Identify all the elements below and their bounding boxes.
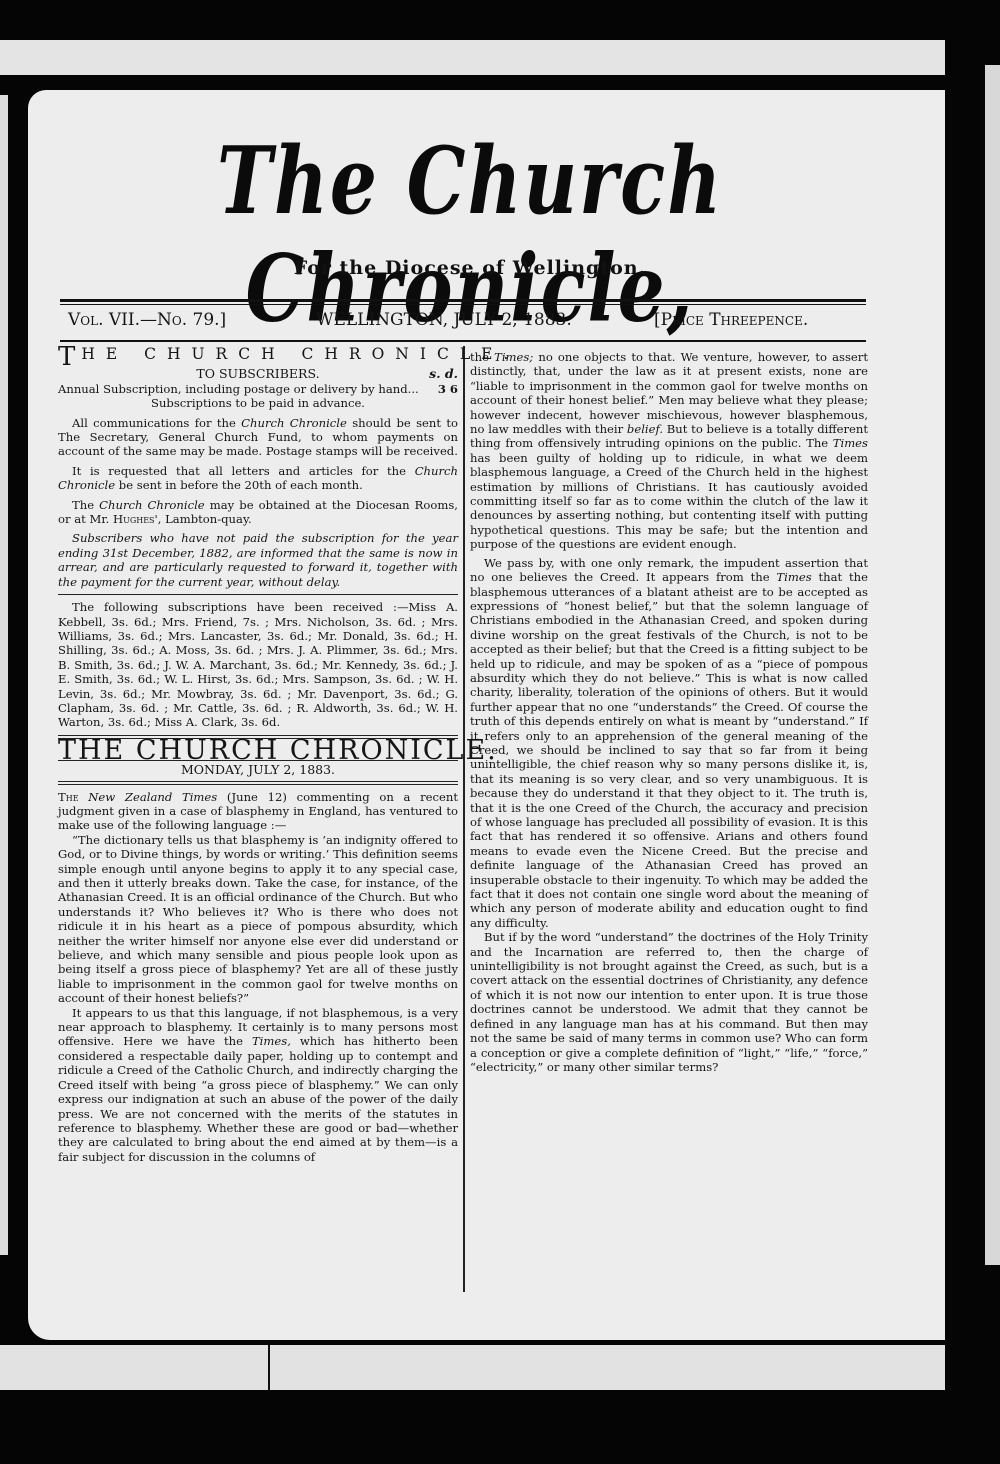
scan-border-bottom (0, 1345, 945, 1390)
divider (58, 594, 458, 595)
scan-next-page-edge (985, 65, 1000, 1265)
column-separator (463, 346, 465, 1292)
left-column: THE CHURCH CHRONICLE. TO SUBSCRIBERS. s.… (58, 347, 458, 1164)
issue-rule (60, 340, 866, 342)
subscriptions-received: The following subscriptions have been re… (58, 600, 458, 730)
masthead-subtitle: For the Diocese of Wellington. (200, 257, 740, 279)
advance-note: Subscriptions to be paid in advance. (58, 396, 458, 410)
editorial-paragraph-5: But if by the word “understand” the doct… (470, 930, 868, 1074)
currency-label: s. d. (429, 367, 458, 381)
annual-amount: 3 6 (438, 382, 458, 396)
editorial-quote: “The dictionary tells us that blasphemy … (58, 833, 458, 1006)
editorial-paragraph-1: The New Zealand Times (June 12) commenti… (58, 790, 458, 833)
subscribers-heading: TO SUBSCRIBERS. s. d. (58, 367, 458, 381)
editorial-paragraph-4: We pass by, with one only remark, the im… (470, 556, 868, 931)
letters-paragraph: It is requested that all letters and art… (58, 464, 458, 493)
divider (58, 781, 458, 785)
scan-previous-page-edge (0, 95, 8, 1255)
editorial-paragraph-2: It appears to us that this language, if … (58, 1006, 458, 1164)
masthead-rule-thin (60, 304, 866, 305)
communications-paragraph: All communications for the Church Chroni… (58, 416, 458, 459)
volume-number: Vol. VII.—No. 79.] (68, 310, 226, 330)
price: [Price Threepence. (654, 310, 808, 330)
editorial-paragraph-3: the Times; no one objects to that. We ve… (470, 350, 868, 552)
editorial-heading: THE CHURCH CHRONICLE. (58, 744, 458, 758)
arrears-paragraph: Subscribers who have not paid the subscr… (58, 531, 458, 589)
masthead-rule (60, 299, 866, 302)
place-date: WELLINGTON, JULY 2, 1883. (316, 310, 572, 330)
right-column: the Times; no one objects to that. We ve… (470, 350, 868, 1074)
scan-binding-shadow (945, 60, 985, 1360)
annual-subscription-row: Annual Subscription, including postage o… (58, 382, 458, 396)
obtain-paragraph: The Church Chronicle may be obtained at … (58, 498, 458, 527)
scan-border-top (0, 40, 945, 75)
issue-line: Vol. VII.—No. 79.] WELLINGTON, JULY 2, 1… (60, 310, 860, 336)
notice-heading: THE CHURCH CHRONICLE. (58, 347, 458, 364)
